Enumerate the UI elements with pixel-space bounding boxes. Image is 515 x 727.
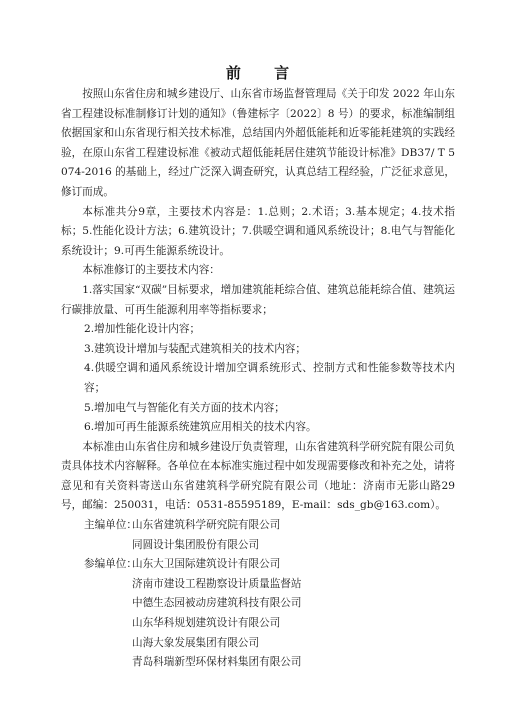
- revision-item: 4.供暖空调和通风系统设计增加空调系统形式、控制方式和性能参数等技术内容；: [61, 359, 455, 398]
- unit-row: 同圆设计集团股份有限公司: [61, 536, 455, 556]
- revision-item: 6.增加可再生能源系统建筑应用相关的技术内容。: [61, 418, 455, 438]
- revision-item: 5.增加电气与智能化有关方面的技术内容；: [61, 399, 455, 419]
- chief-units: 主编单位： 山东省建筑科学研究院有限公司 同圆设计集团股份有限公司: [61, 516, 455, 555]
- unit-row: 山东华科规划建筑设计有限公司: [61, 614, 455, 634]
- unit-name: 山东省建筑科学研究院有限公司: [132, 516, 280, 536]
- participating-units-label: 参编单位：: [61, 555, 132, 575]
- unit-row: 主编单位： 山东省建筑科学研究院有限公司: [61, 516, 455, 536]
- unit-row: 青岛科瑞新型环保材料集团有限公司: [61, 653, 455, 673]
- page-title: 前 言: [0, 62, 515, 83]
- unit-name: 山东华科规划建筑设计有限公司: [132, 614, 280, 634]
- revision-heading: 本标准修订的主要技术内容：: [61, 261, 455, 281]
- unit-row: 参编单位： 山东大卫国际建筑设计有限公司: [61, 555, 455, 575]
- revision-item: 1.落实国家“双碳”目标要求，增加建筑能耗综合值、建筑总能耗综合值、建筑运行碳排…: [61, 281, 455, 320]
- unit-name: 济南市建设工程勘察设计质量监督站: [132, 575, 302, 595]
- intro-paragraph: 按照山东省住房和城乡建设厅、山东省市场监督管理局《关于印发 2022 年山东省工…: [61, 85, 455, 203]
- revision-item: 3.建筑设计增加与装配式建筑相关的技术内容；: [61, 340, 455, 360]
- revision-item: 2.增加性能化设计内容；: [61, 320, 455, 340]
- chapters-paragraph: 本标准共分9章，主要技术内容是：1.总则；2.术语；3.基本规定；4.技术指标；…: [61, 203, 455, 262]
- preface-body: 按照山东省住房和城乡建设厅、山东省市场监督管理局《关于印发 2022 年山东省工…: [61, 85, 455, 673]
- unit-row: 山海大象发展集团有限公司: [61, 634, 455, 654]
- unit-row: 济南市建设工程勘察设计质量监督站: [61, 575, 455, 595]
- unit-name: 中德生态园被动房建筑科技有限公司: [132, 594, 302, 614]
- unit-name: 青岛科瑞新型环保材料集团有限公司: [132, 653, 302, 673]
- unit-name: 同圆设计集团股份有限公司: [132, 536, 259, 556]
- unit-name: 山东大卫国际建筑设计有限公司: [132, 555, 280, 575]
- chief-units-label: 主编单位：: [61, 516, 132, 536]
- unit-name: 山海大象发展集团有限公司: [132, 634, 259, 654]
- document-page: 前 言 按照山东省住房和城乡建设厅、山东省市场监督管理局《关于印发 2022 年…: [0, 0, 515, 727]
- unit-row: 中德生态园被动房建筑科技有限公司: [61, 594, 455, 614]
- management-paragraph: 本标准由山东省住房和城乡建设厅负责管理，山东省建筑科学研究院有限公司负责具体技术…: [61, 438, 455, 516]
- participating-units: 参编单位： 山东大卫国际建筑设计有限公司 济南市建设工程勘察设计质量监督站 中德…: [61, 555, 455, 673]
